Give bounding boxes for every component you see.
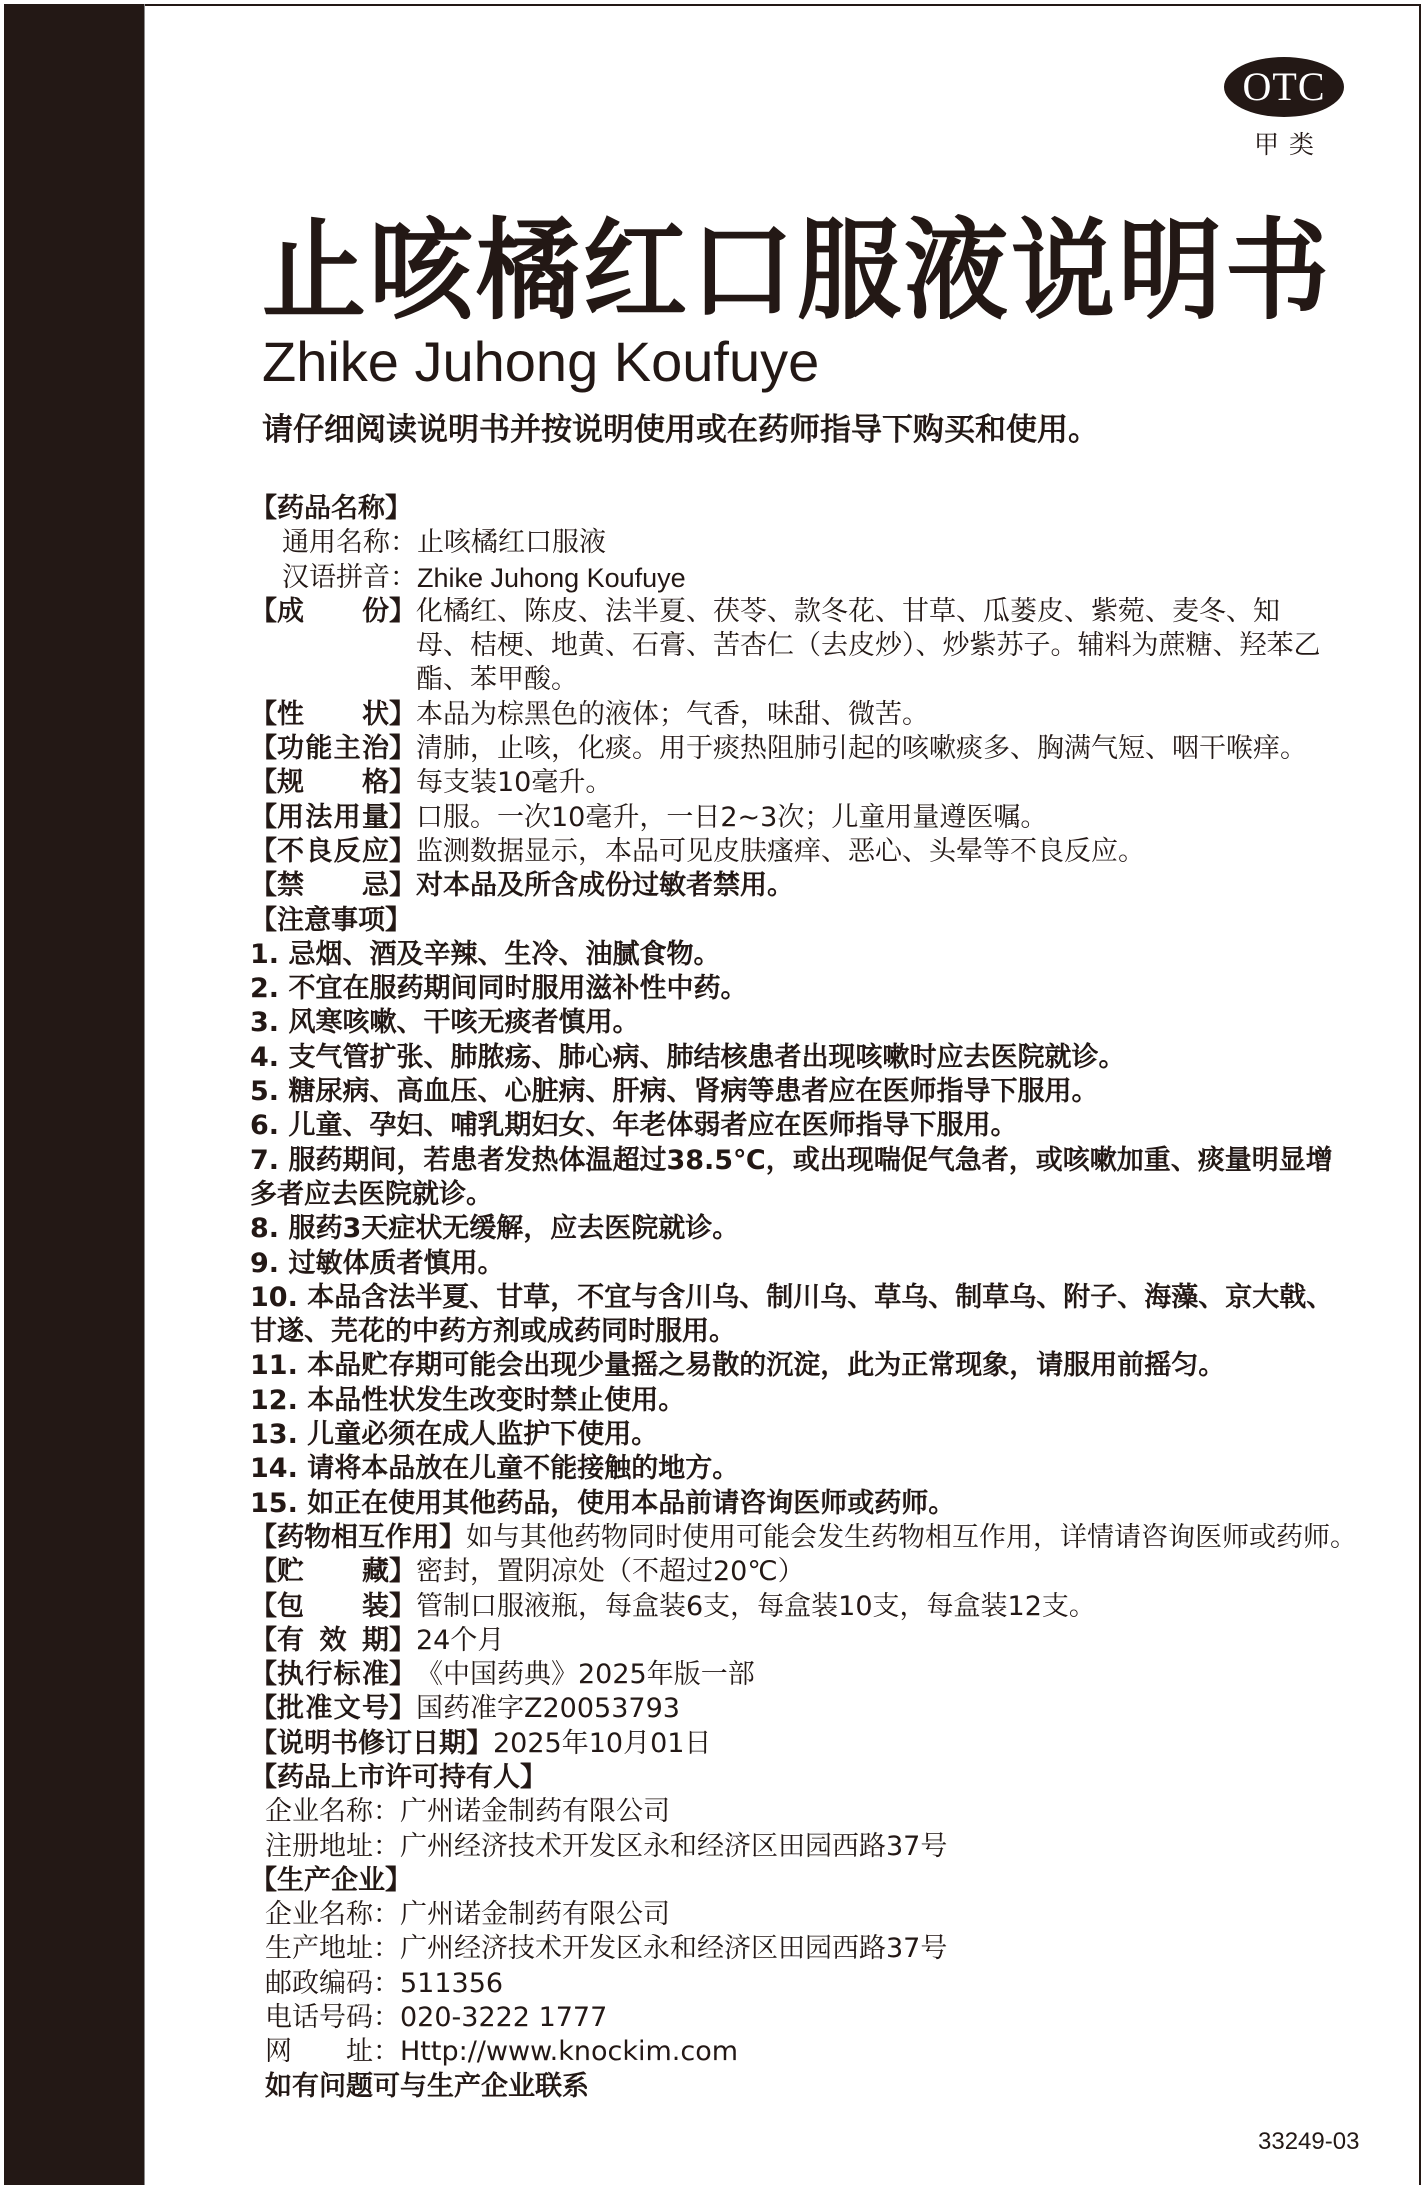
field-label-colon: ： (373, 2035, 400, 2069)
section-contraindications: 【 禁忌 】 对本品及所含成份过敏者禁用。 (250, 869, 1400, 903)
section-label: 【 规格 】 (250, 766, 416, 800)
section-value: 化橘红、陈皮、法半夏、茯苓、款冬花、甘草、瓜蒌皮、紫菀、麦冬、知母、桔梗、地黄、… (416, 595, 1326, 698)
section-label: 【 有效期 】 (250, 1624, 416, 1658)
list-item: 12. 本品性状发生改变时禁止使用。 (250, 1384, 1335, 1418)
reading-notice: 请仔细阅读说明书并按说明使用或在药师指导下购买和使用。 (262, 404, 1099, 449)
leaflet-content: 【药品名称】 通用名称： 止咳橘红口服液 汉语拼音： Zhike Juhong … (250, 492, 1400, 2104)
section-description: 【 性状 】 本品为棕黑色的液体；气香，味甜、微苦。 (250, 698, 1400, 732)
section-label: 【注意事项】 (250, 904, 412, 938)
precautions-list: 1. 忌烟、酒及辛辣、生冷、油腻食物。 2. 不宜在服药期间同时服用滋补性中药。… (250, 938, 1400, 1521)
list-item: 15. 如正在使用其他药品，使用本品前请咨询医师或药师。 (250, 1487, 1335, 1521)
section-value: 管制口服液瓶，每盒装6支，每盒装10支，每盒装12支。 (416, 1590, 1096, 1624)
list-item: 10. 本品含法半夏、甘草，不宜与含川乌、制川乌、草乌、制草乌、附子、海藻、京大… (250, 1281, 1335, 1350)
field-label: 通用名称： (282, 526, 417, 560)
field-value: 020-3222 1777 (400, 2001, 607, 2035)
section-indications: 【 功能主治 】 清肺，止咳，化痰。用于痰热阻肺引起的咳嗽痰多、胸满气短、咽干喉… (250, 732, 1400, 766)
website-link[interactable]: Http://www.knockim.com (400, 2035, 738, 2069)
otc-badge: OTC 甲类 (1224, 57, 1344, 117)
field-label: 电话号码： (265, 2001, 400, 2035)
section-packaging: 【 包装 】 管制口服液瓶，每盒装6支，每盒装10支，每盒装12支。 (250, 1590, 1400, 1624)
field-label: 生产地址： (265, 1932, 400, 1966)
section-storage: 【 贮藏 】 密封，置阴凉处（不超过20℃） (250, 1555, 1400, 1589)
list-item: 5. 糖尿病、高血压、心脏病、肝病、肾病等患者应在医师指导下服用。 (250, 1075, 1335, 1109)
field-label: 企业名称： (265, 1795, 400, 1829)
section-label: 【生产企业】 (250, 1864, 412, 1898)
license-holder-address-row: 注册地址： 广州经济技术开发区永和经济区田园西路37号 (250, 1830, 1400, 1864)
list-item: 13. 儿童必须在成人监护下使用。 (250, 1418, 1335, 1452)
list-item: 11. 本品贮存期可能会出现少量摇之易散的沉淀，此为正常现象，请服用前摇匀。 (250, 1349, 1335, 1383)
list-item: 4. 支气管扩张、肺脓疡、肺心病、肺结核患者出现咳嗽时应去医院就诊。 (250, 1041, 1335, 1075)
list-item: 1. 忌烟、酒及辛辣、生冷、油腻食物。 (250, 938, 1335, 972)
field-label: 网址 (265, 2035, 373, 2069)
section-value: 《中国药典》2025年版一部 (416, 1658, 755, 1692)
section-specification: 【 规格 】 每支装10毫升。 (250, 766, 1400, 800)
section-value: 本品为棕黑色的液体；气香，味甜、微苦。 (416, 698, 929, 732)
section-approval-number: 【 批准文号 】 国药准字Z20053793 (250, 1692, 1400, 1726)
section-value: 国药准字Z20053793 (416, 1692, 680, 1726)
section-label: 【 禁忌 】 (250, 869, 416, 903)
section-label: 【 不良反应 】 (250, 835, 416, 869)
section-label: 【 贮藏 】 (250, 1555, 416, 1589)
section-value: 清肺，止咳，化痰。用于痰热阻肺引起的咳嗽痰多、胸满气短、咽干喉痒。 (416, 732, 1307, 766)
manufacturer-address-row: 生产地址： 广州经济技术开发区永和经济区田园西路37号 (250, 1932, 1400, 1966)
field-label: 企业名称： (265, 1898, 400, 1932)
section-value: 监测数据显示，本品可见皮肤瘙痒、恶心、头晕等不良反应。 (416, 835, 1145, 869)
contact-note-row: 如有问题可与生产企业联系 (250, 2070, 1400, 2104)
manufacturer-postcode-row: 邮政编码： 511356 (250, 1967, 1400, 2001)
section-value: 每支装10毫升。 (416, 766, 612, 800)
manufacturer-phone-row: 电话号码： 020-3222 1777 (250, 2001, 1400, 2035)
section-value: 密封，置阴凉处（不超过20℃） (416, 1555, 805, 1589)
list-item: 6. 儿童、孕妇、哺乳期妇女、年老体弱者应在医师指导下服用。 (250, 1109, 1335, 1143)
license-holder-company-row: 企业名称： 广州诺金制药有限公司 (250, 1795, 1400, 1829)
field-value: 广州经济技术开发区永和经济区田园西路37号 (400, 1830, 947, 1864)
section-ingredients: 【 成份 】 化橘红、陈皮、法半夏、茯苓、款冬花、甘草、瓜蒌皮、紫菀、麦冬、知母… (250, 595, 1400, 698)
list-item: 7. 服药期间，若患者发热体温超过38.5℃，或出现喘促气急者，或咳嗽加重、痰量… (250, 1144, 1335, 1213)
section-label: 【 功能主治 】 (250, 732, 416, 766)
generic-name-row: 通用名称： 止咳橘红口服液 (250, 526, 1400, 560)
left-margin-bar (4, 4, 145, 2185)
section-adverse-reactions: 【 不良反应 】 监测数据显示，本品可见皮肤瘙痒、恶心、头晕等不良反应。 (250, 835, 1400, 869)
section-value: 24个月 (416, 1624, 504, 1658)
field-value: 止咳橘红口服液 (417, 526, 606, 560)
section-license-holder-heading: 【药品上市许可持有人】 (250, 1761, 1400, 1795)
section-label: 【 执行标准 】 (250, 1658, 416, 1692)
otc-oval-icon: OTC (1224, 57, 1344, 117)
field-label: 汉语拼音： (282, 561, 417, 595)
section-label: 【 成份 】 (250, 595, 416, 698)
section-drug-name-heading: 【药品名称】 (250, 492, 1400, 526)
section-label: 【说明书修订日期】 (250, 1727, 493, 1761)
document-code: 33249-03 (1258, 2128, 1359, 2156)
section-label: 【 用法用量 】 (250, 801, 416, 835)
section-label: 【 批准文号 】 (250, 1692, 416, 1726)
field-value: 511356 (400, 1967, 503, 2001)
list-item: 14. 请将本品放在儿童不能接触的地方。 (250, 1452, 1335, 1486)
list-item: 9. 过敏体质者慎用。 (250, 1247, 1335, 1281)
section-value: 2025年10月01日 (493, 1727, 711, 1761)
section-standard: 【 执行标准 】 《中国药典》2025年版一部 (250, 1658, 1400, 1692)
section-value: 对本品及所含成份过敏者禁用。 (416, 869, 794, 903)
section-precautions-heading: 【注意事项】 (250, 904, 1400, 938)
list-item: 8. 服药3天症状无缓解，应去医院就诊。 (250, 1212, 1335, 1246)
manufacturer-website-row: 网址 ： Http://www.knockim.com (250, 2035, 1400, 2069)
field-label: 邮政编码： (265, 1967, 400, 2001)
section-manufacturer-heading: 【生产企业】 (250, 1864, 1400, 1898)
section-label: 【药物相互作用】 (250, 1521, 466, 1555)
manufacturer-company-row: 企业名称： 广州诺金制药有限公司 (250, 1898, 1400, 1932)
section-value: 如与其他药物同时使用可能会发生药物相互作用，详情请咨询医师或药师。 (466, 1521, 1357, 1555)
document-pinyin-title: Zhike Juhong Koufuye (262, 334, 819, 390)
section-interactions: 【药物相互作用】 如与其他药物同时使用可能会发生药物相互作用，详情请咨询医师或药… (250, 1521, 1400, 1555)
field-value: Zhike Juhong Koufuye (417, 561, 686, 595)
field-label: 注册地址： (265, 1830, 400, 1864)
section-dosage: 【 用法用量 】 口服。一次10毫升，一日2~3次；儿童用量遵医嘱。 (250, 801, 1400, 835)
list-item: 3. 风寒咳嗽、干咳无痰者慎用。 (250, 1006, 1335, 1040)
contact-note: 如有问题可与生产企业联系 (265, 2070, 589, 2104)
field-value: 广州诺金制药有限公司 (400, 1898, 670, 1932)
list-item: 2. 不宜在服药期间同时服用滋补性中药。 (250, 972, 1335, 1006)
section-value: 口服。一次10毫升，一日2~3次；儿童用量遵医嘱。 (416, 801, 1047, 835)
field-value: 广州经济技术开发区永和经济区田园西路37号 (400, 1932, 947, 1966)
section-label: 【 包装 】 (250, 1590, 416, 1624)
pinyin-row: 汉语拼音： Zhike Juhong Koufuye (250, 561, 1400, 595)
section-label: 【 性状 】 (250, 698, 416, 732)
section-shelf-life: 【 有效期 】 24个月 (250, 1624, 1400, 1658)
otc-class-label: 甲类 (1244, 125, 1324, 161)
section-label: 【药品上市许可持有人】 (250, 1761, 547, 1795)
document-title: 止咳橘红口服液说明书 (262, 216, 1332, 325)
section-label: 【药品名称】 (250, 492, 412, 526)
field-value: 广州诺金制药有限公司 (400, 1795, 670, 1829)
section-revision-date: 【说明书修订日期】 2025年10月01日 (250, 1727, 1400, 1761)
